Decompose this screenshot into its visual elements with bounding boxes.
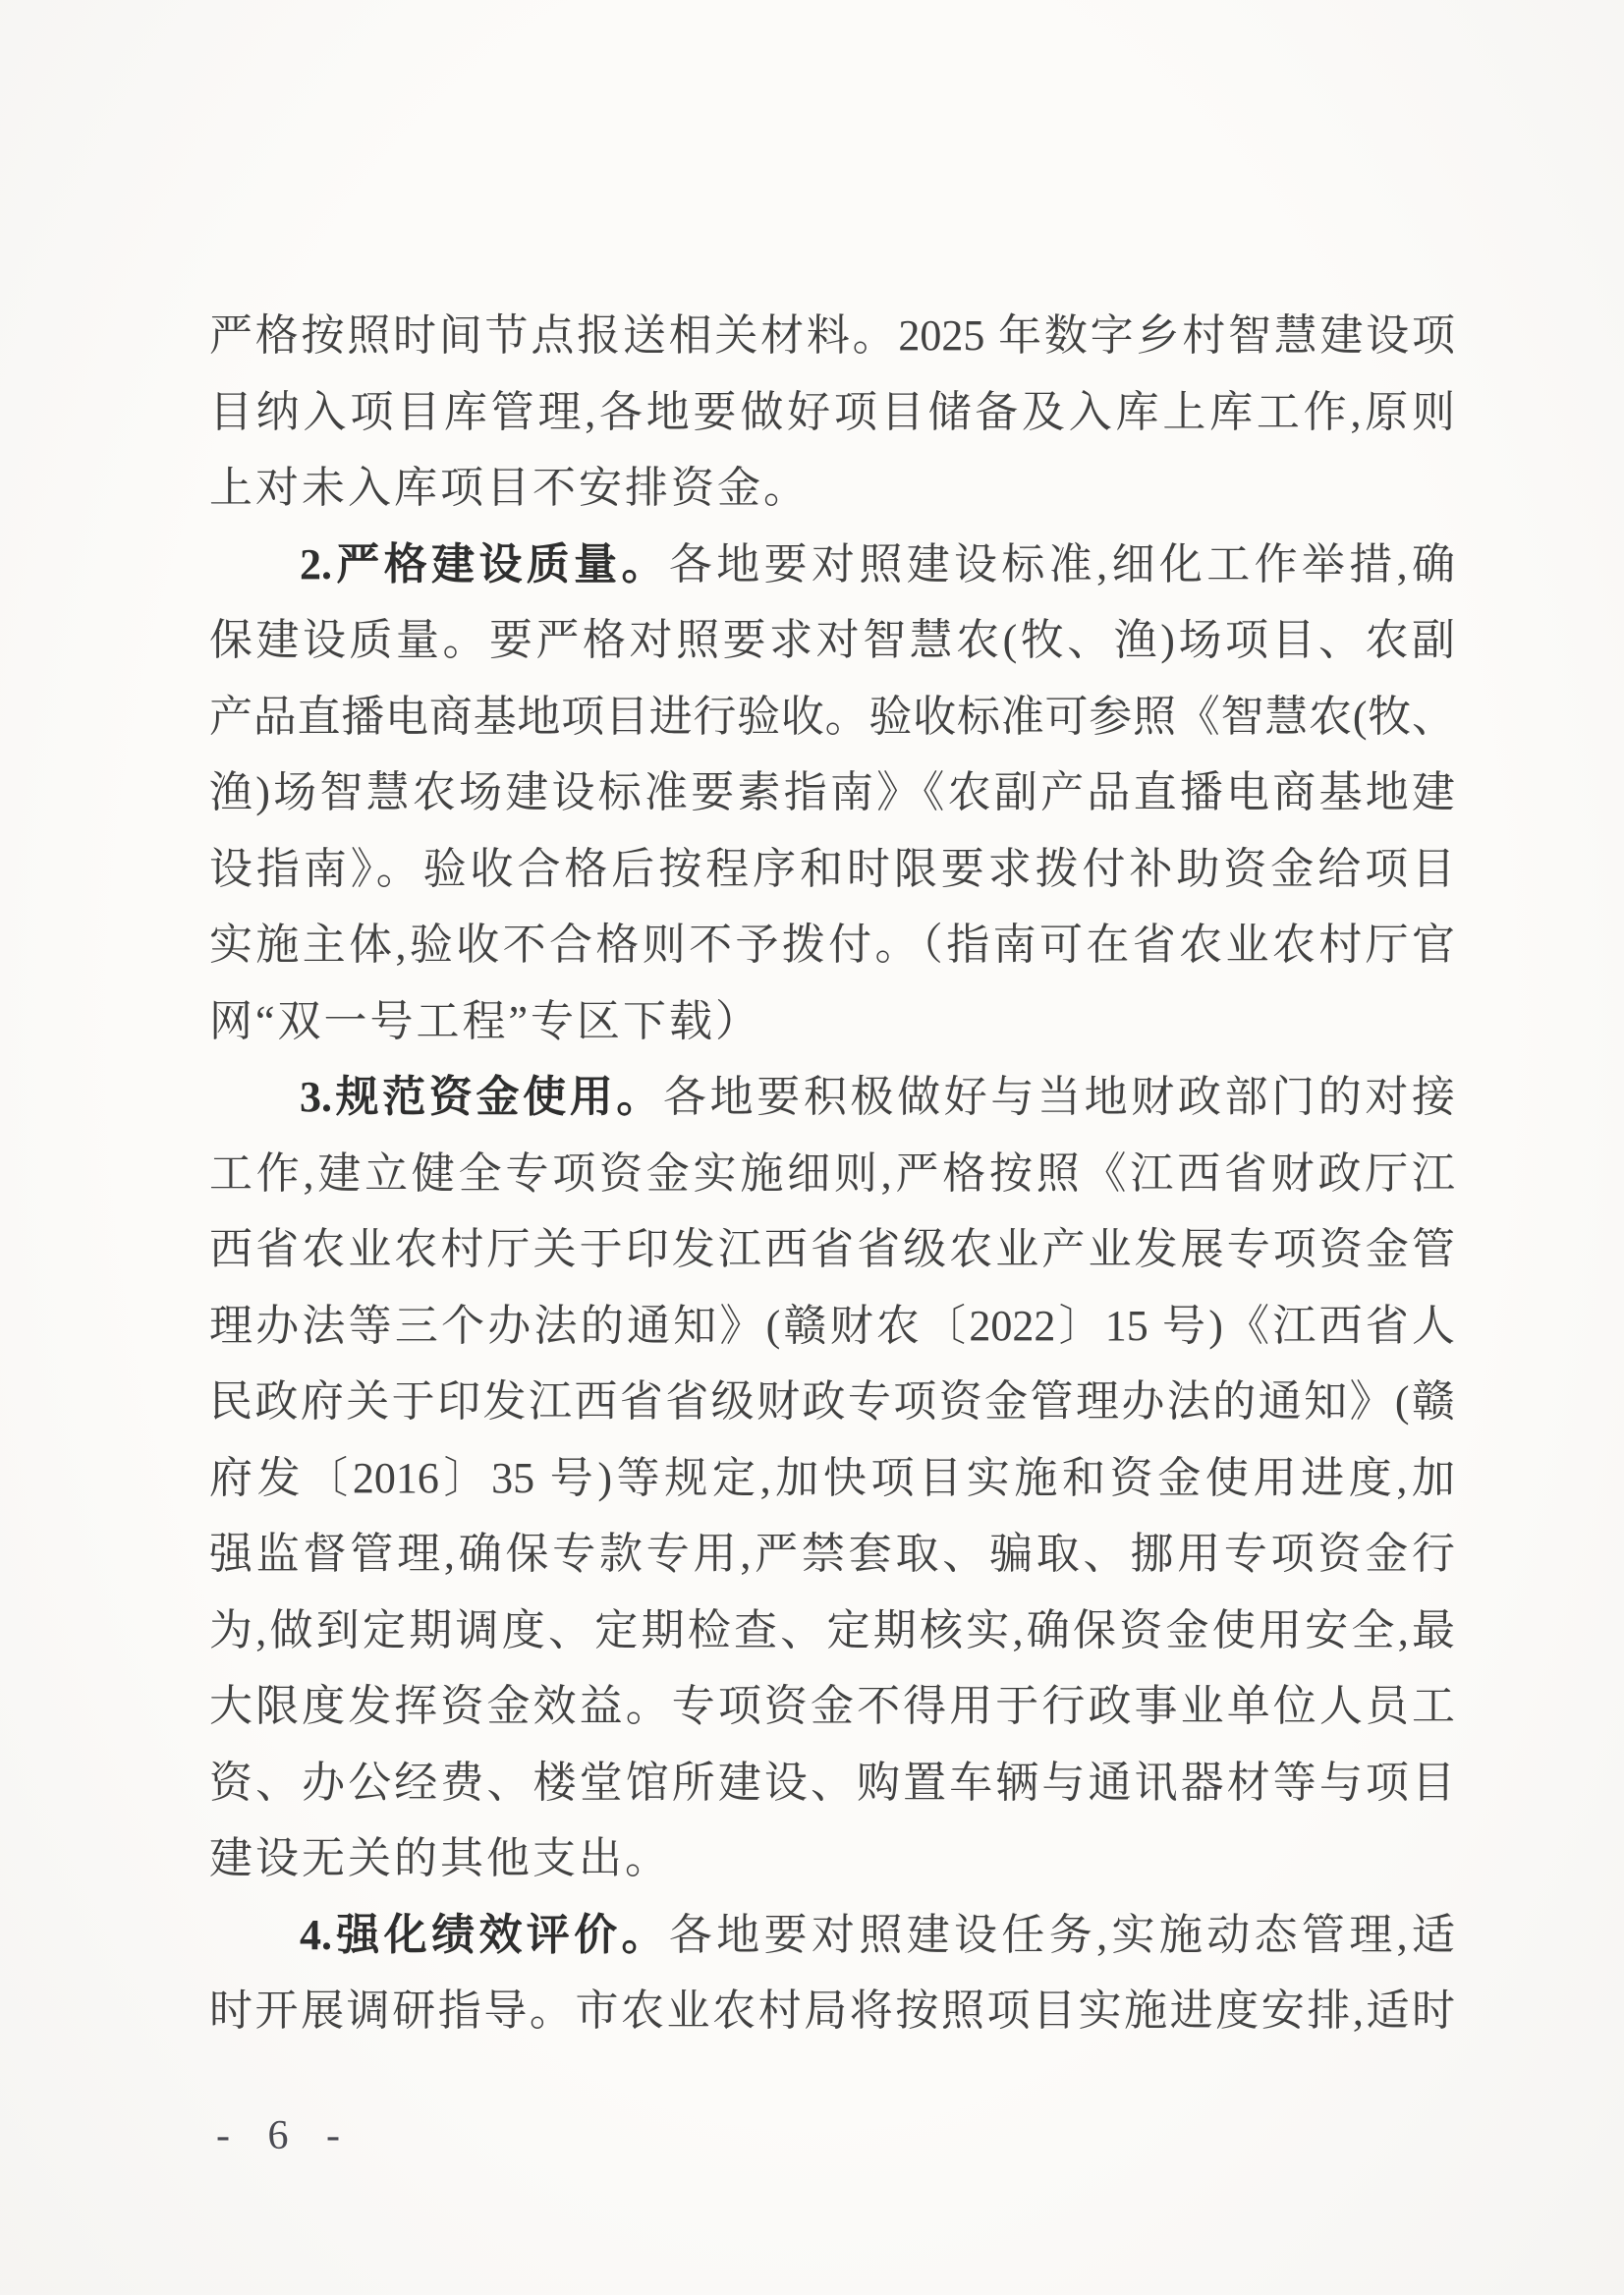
text-line: 产品直播电商基地项目进行验收。验收标准可参照《智慧农(牧、 bbox=[209, 679, 1455, 756]
text-line: 强监督管理,确保专款专用,严禁套取、骗取、挪用专项资金行 bbox=[209, 1516, 1455, 1593]
paragraph-heading-line: 4.强化绩效评价。各地要对照建设任务,实施动态管理,适 bbox=[209, 1897, 1455, 1974]
paragraph-heading: 3.规范资金使用。 bbox=[300, 1073, 663, 1121]
text-line: 网“双一号工程”专区下载） bbox=[209, 983, 1455, 1060]
text-line: 理办法等三个办法的通知》(赣财农〔2022〕15 号)《江西省人 bbox=[209, 1288, 1455, 1365]
text-line: 目纳入项目库管理,各地要做好项目储备及入库上库工作,原则 bbox=[209, 374, 1455, 451]
text-line: 设指南》。验收合格后按程序和时限要求拨付补助资金给项目 bbox=[209, 831, 1455, 908]
text-line: 工作,建立健全专项资金实施细则,严格按照《江西省财政厅江 bbox=[209, 1136, 1455, 1212]
paragraph-heading: 2.严格建设质量。 bbox=[300, 540, 669, 588]
paragraph-heading-line: 3.规范资金使用。各地要积极做好与当地财政部门的对接 bbox=[209, 1059, 1455, 1136]
paragraph-text: 各地要对照建设标准,细化工作举措,确 bbox=[669, 540, 1455, 588]
paragraph-text: 各地要对照建设任务,实施动态管理,适 bbox=[669, 1911, 1455, 1959]
text-line: 为,做到定期调度、定期检查、定期核实,确保资金使用安全,最 bbox=[209, 1593, 1455, 1669]
text-line: 严格按照时间节点报送相关材料。2025 年数字乡村智慧建设项 bbox=[209, 298, 1455, 374]
text-line: 保建设质量。要严格对照要求对智慧农(牧、渔)场项目、农副 bbox=[209, 602, 1455, 679]
text-line: 大限度发挥资金效益。专项资金不得用于行政事业单位人员工 bbox=[209, 1668, 1455, 1745]
text-line: 资、办公经费、楼堂馆所建设、购置车辆与通讯器材等与项目 bbox=[209, 1745, 1455, 1821]
paragraph-text: 各地要积极做好与当地财政部门的对接 bbox=[663, 1073, 1455, 1121]
text-line: 上对未入库项目不安排资金。 bbox=[209, 450, 1455, 527]
document-body: 严格按照时间节点报送相关材料。2025 年数字乡村智慧建设项 目纳入项目库管理,… bbox=[209, 298, 1455, 2049]
text-line: 民政府关于印发江西省省级财政专项资金管理办法的通知》(赣 bbox=[209, 1364, 1455, 1440]
text-line: 实施主体,验收不合格则不予拨付。（指南可在省农业农村厅官 bbox=[209, 907, 1455, 983]
text-line: 府发〔2016〕35 号)等规定,加快项目实施和资金使用进度,加 bbox=[209, 1440, 1455, 1517]
paragraph-heading: 4.强化绩效评价。 bbox=[300, 1911, 669, 1959]
text-line: 西省农业农村厅关于印发江西省省级农业产业发展专项资金管 bbox=[209, 1211, 1455, 1288]
paragraph-heading-line: 2.严格建设质量。各地要对照建设标准,细化工作举措,确 bbox=[209, 527, 1455, 603]
text-line: 建设无关的其他支出。 bbox=[209, 1820, 1455, 1897]
page-number: - 6 - bbox=[216, 2112, 354, 2159]
text-line: 渔)场智慧农场建设标准要素指南》《农副产品直播电商基地建 bbox=[209, 755, 1455, 831]
text-line: 时开展调研指导。市农业农村局将按照项目实施进度安排,适时 bbox=[209, 1973, 1455, 2049]
